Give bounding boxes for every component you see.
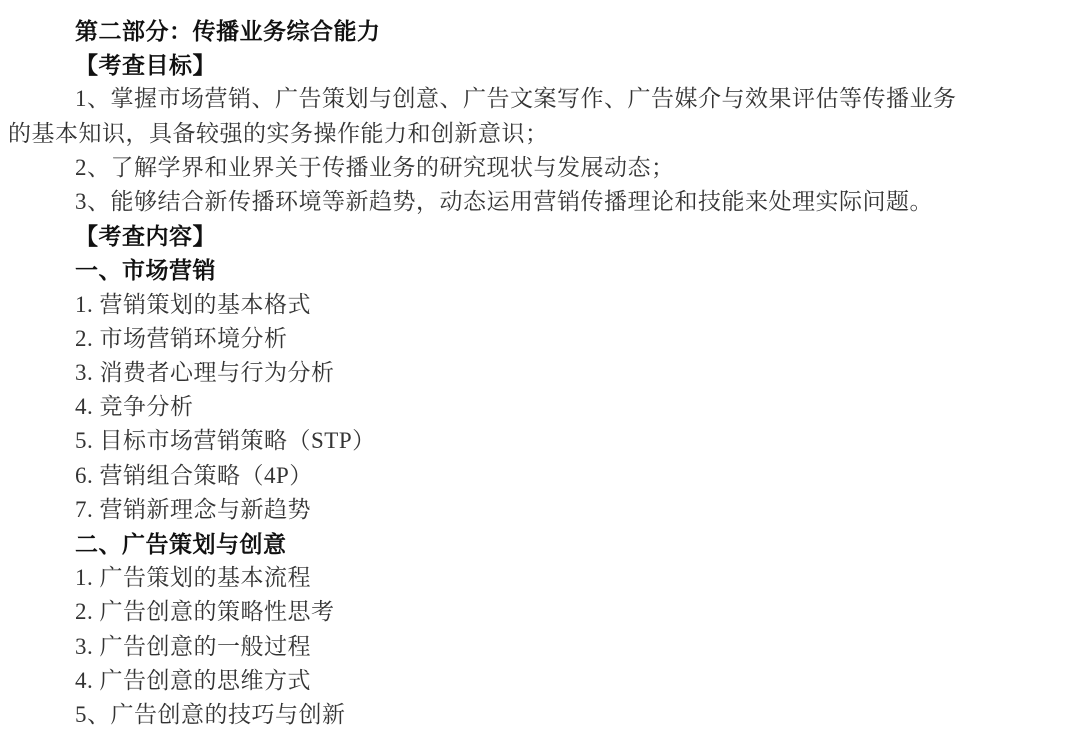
goal-paragraph: 3、能够结合新传播环境等新趋势，动态运用营销传播理论和技能来处理实际问题。	[8, 185, 1056, 219]
goal-paragraph-line: 1、掌握市场营销、广告策划与创意、广告文案写作、广告媒介与效果评估等传播业务	[8, 82, 1056, 116]
document-body: 第二部分：传播业务综合能力 【考查目标】 1、掌握市场营销、广告策划与创意、广告…	[8, 14, 1056, 732]
subsection-heading-marketing: 一、市场营销	[8, 253, 1056, 287]
list-item: 2. 广告创意的策略性思考	[8, 595, 1056, 629]
subsection-heading-ad-planning: 二、广告策划与创意	[8, 527, 1056, 561]
list-item: 1. 广告策划的基本流程	[8, 561, 1056, 595]
goal-paragraph: 1、掌握市场营销、广告策划与创意、广告文案写作、广告媒介与效果评估等传播业务 的…	[8, 82, 1056, 150]
goal-paragraph-line: 的基本知识，具备较强的实务操作能力和创新意识；	[8, 117, 1056, 151]
goal-paragraph-line: 2、了解学界和业界关于传播业务的研究现状与发展动态；	[8, 151, 1056, 185]
document-page: 第二部分：传播业务综合能力 【考查目标】 1、掌握市场营销、广告策划与创意、广告…	[0, 0, 1080, 741]
list-item: 5. 目标市场营销策略（STP）	[8, 424, 1056, 458]
list-item: 5、广告创意的技巧与创新	[8, 698, 1056, 732]
list-item: 2. 市场营销环境分析	[8, 322, 1056, 356]
list-item: 6. 营销组合策略（4P）	[8, 459, 1056, 493]
goal-paragraph: 2、了解学界和业界关于传播业务的研究现状与发展动态；	[8, 151, 1056, 185]
list-item: 3. 广告创意的一般过程	[8, 630, 1056, 664]
content-section-heading: 【考查内容】	[8, 219, 1056, 253]
list-item: 4. 广告创意的思维方式	[8, 664, 1056, 698]
list-item: 3. 消费者心理与行为分析	[8, 356, 1056, 390]
list-item: 7. 营销新理念与新趋势	[8, 493, 1056, 527]
list-item: 4. 竞争分析	[8, 390, 1056, 424]
doc-title: 第二部分：传播业务综合能力	[8, 14, 1056, 48]
goal-paragraph-line: 3、能够结合新传播环境等新趋势，动态运用营销传播理论和技能来处理实际问题。	[8, 185, 1056, 219]
goals-section-heading: 【考查目标】	[8, 48, 1056, 82]
list-item: 1. 营销策划的基本格式	[8, 288, 1056, 322]
